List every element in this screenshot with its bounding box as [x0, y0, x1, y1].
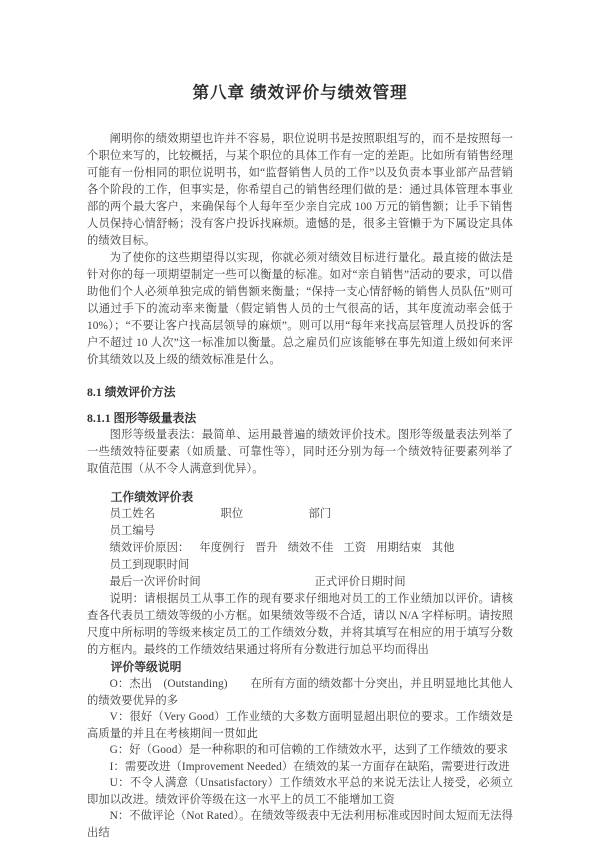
rating-legend-title: 评价等级说明 — [87, 659, 513, 676]
department-label: 部门 — [308, 508, 331, 520]
document-page: 第八章 绩效评价与绩效管理 阐明你的绩效期望也许并不容易，职位说明书是按照职组写… — [0, 0, 600, 850]
review-reason-option: 其他 — [432, 542, 455, 554]
employee-name-label: 员工姓名 — [110, 506, 218, 523]
rating-legend-item: I：需要改进（Improvement Needed）在绩效的某一方面存在缺陷，需… — [87, 759, 513, 776]
employee-id-label: 员工编号 — [87, 523, 513, 540]
rating-legend-item: V：很好（Very Good）工作业绩的大多数方面明显超出职位的要求。工作绩效是… — [87, 709, 513, 742]
rating-legend-item: N：不做评论（Not Rated）。在绩效等级表中无法利用标准或因时间太短而无法… — [87, 808, 513, 841]
section-heading-8-1-1: 8.1.1 图形等级量表法 — [87, 410, 513, 427]
chapter-title: 第八章 绩效评价与绩效管理 — [87, 84, 513, 102]
performance-appraisal-form: 工作绩效评价表 员工姓名 职位 部门 员工编号 绩效评价原因：年度例行晋升绩效不… — [87, 489, 513, 841]
rating-legend-item: U：不令人满意（Unsatisfactory）工作绩效水平总的来说无法让人接受，… — [87, 775, 513, 808]
section-heading-8-1: 8.1 绩效评价方法 — [87, 384, 513, 401]
form-header-fields-line: 员工姓名 职位 部门 — [87, 506, 513, 523]
review-dates-line: 最后一次评价时间 正式评价日期时间 — [87, 574, 513, 591]
review-reason-option: 工资 — [343, 542, 366, 554]
tenure-label: 员工到现职时间 — [87, 557, 513, 574]
review-reason-options: 年度例行晋升绩效不佳工资用期结束其他 — [189, 542, 454, 554]
position-label: 职位 — [221, 506, 306, 523]
intro-paragraph: 为了使你的这些期望得以实现，你就必须对绩效目标进行量化。最直接的做法是针对你的每… — [87, 250, 513, 369]
review-reason-option: 年度例行 — [199, 542, 245, 554]
review-reason-label: 绩效评价原因： — [110, 542, 190, 554]
rating-legend-item: O：杰出 (Outstanding) 在所有方面的绩效都十分突出，并且明显地比其… — [87, 676, 513, 709]
review-reason-option: 用期结束 — [376, 542, 422, 554]
rating-legend-item: G：好（Good）是一种称职的和可信赖的工作绩效水平，达到了工作绩效的要求 — [87, 742, 513, 759]
rating-legend-list: O：杰出 (Outstanding) 在所有方面的绩效都十分突出，并且明显地比其… — [87, 676, 513, 841]
section-8-1-1-body: 图形等级量表法：最简单、运用最普遍的绩效评价技术。图形等级量表法列举了一些绩效特… — [87, 427, 513, 478]
form-title: 工作绩效评价表 — [87, 489, 513, 506]
review-reason-line: 绩效评价原因：年度例行晋升绩效不佳工资用期结束其他 — [87, 540, 513, 557]
review-reason-option: 晋升 — [255, 542, 278, 554]
form-instructions: 说明：请根据员工从事工作的现有要求仔细地对员工的工作业绩加以评价。请核查各代表员… — [87, 591, 513, 659]
last-review-date-label: 最后一次评价时间 — [110, 574, 312, 591]
intro-paragraphs: 阐明你的绩效期望也许并不容易，职位说明书是按照职组写的，而不是按照每一个职位来写… — [87, 131, 513, 369]
intro-paragraph: 阐明你的绩效期望也许并不容易，职位说明书是按照职组写的，而不是按照每一个职位来写… — [87, 131, 513, 250]
review-reason-option: 绩效不佳 — [288, 542, 334, 554]
formal-review-date-label: 正式评价日期时间 — [315, 576, 406, 588]
